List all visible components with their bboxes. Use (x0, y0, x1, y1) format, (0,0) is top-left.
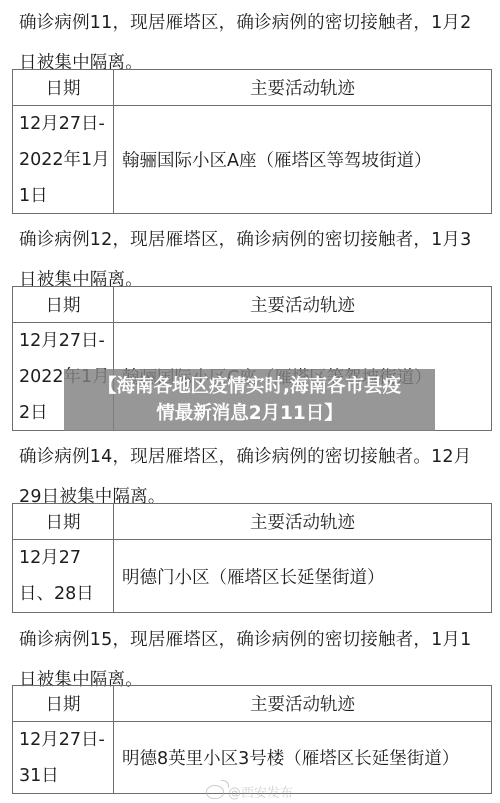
overlay-title-banner: 【海南各地区疫情实时,海南各市县疫 情最新消息2月11日】 (64, 369, 435, 431)
watermark-text: @西安发布 (228, 782, 293, 801)
date-line: 日、28日 (19, 576, 113, 612)
weibo-icon (206, 785, 224, 799)
date-line: 2022年1月 (19, 142, 113, 178)
date-line: 1日 (19, 178, 113, 214)
date-line: 12月27日- (19, 722, 113, 758)
row-route: 翰骊国际小区A座（雁塔区等驾坡街道） (114, 106, 491, 213)
header-route: 主要活动轨迹 (114, 70, 491, 105)
description-line: 确诊病例12，现居雁塔区，确诊病例的密切接触者，1月3 (19, 220, 491, 260)
table-row: 12月27 日、28日 明德门小区（雁塔区长延堡街道） (13, 540, 491, 612)
header-route: 主要活动轨迹 (114, 287, 491, 322)
header-date: 日期 (13, 70, 114, 105)
case-14-table: 日期 主要活动轨迹 12月27 日、28日 明德门小区（雁塔区长延堡街道） (12, 503, 492, 613)
description-line: 确诊病例15，现居雁塔区，确诊病例的密切接触者，1月1 (19, 620, 491, 660)
row-date: 12月27 日、28日 (13, 540, 114, 612)
table-header: 日期 主要活动轨迹 (13, 504, 491, 540)
header-date: 日期 (13, 504, 114, 539)
watermark: @西安发布 (206, 782, 293, 801)
description-line: 确诊病例14，现居雁塔区，确诊病例的密切接触者。12月 (19, 437, 491, 477)
description-line: 确诊病例11，现居雁塔区，确诊病例的密切接触者，1月2 (19, 3, 491, 43)
row-date: 12月27日- 2022年1月 1日 (13, 106, 114, 213)
row-route: 明德门小区（雁塔区长延堡街道） (114, 540, 491, 612)
table-header: 日期 主要活动轨迹 (13, 287, 491, 323)
case-15-table: 日期 主要活动轨迹 12月27日- 31日 明德8英里小区3号楼（雁塔区长延堡街… (12, 685, 492, 794)
table-row: 12月27日- 2022年1月 1日 翰骊国际小区A座（雁塔区等驾坡街道） (13, 106, 491, 213)
date-line: 12月27 (19, 540, 113, 576)
header-route: 主要活动轨迹 (114, 686, 491, 721)
overlay-title-line: 【海南各地区疫情实时,海南各市县疫 (64, 373, 435, 400)
header-date: 日期 (13, 686, 114, 721)
date-line: 12月27日- (19, 106, 113, 142)
table-header: 日期 主要活动轨迹 (13, 70, 491, 106)
date-line: 12月27日- (19, 323, 113, 359)
header-date: 日期 (13, 287, 114, 322)
row-route: 明德8英里小区3号楼（雁塔区长延堡街道） (114, 722, 491, 793)
date-line: 31日 (19, 758, 113, 794)
case-11-table: 日期 主要活动轨迹 12月27日- 2022年1月 1日 翰骊国际小区A座（雁塔… (12, 69, 492, 214)
table-header: 日期 主要活动轨迹 (13, 686, 491, 722)
overlay-title-line: 情最新消息2月11日】 (64, 400, 435, 427)
row-date: 12月27日- 31日 (13, 722, 114, 793)
header-route: 主要活动轨迹 (114, 504, 491, 539)
